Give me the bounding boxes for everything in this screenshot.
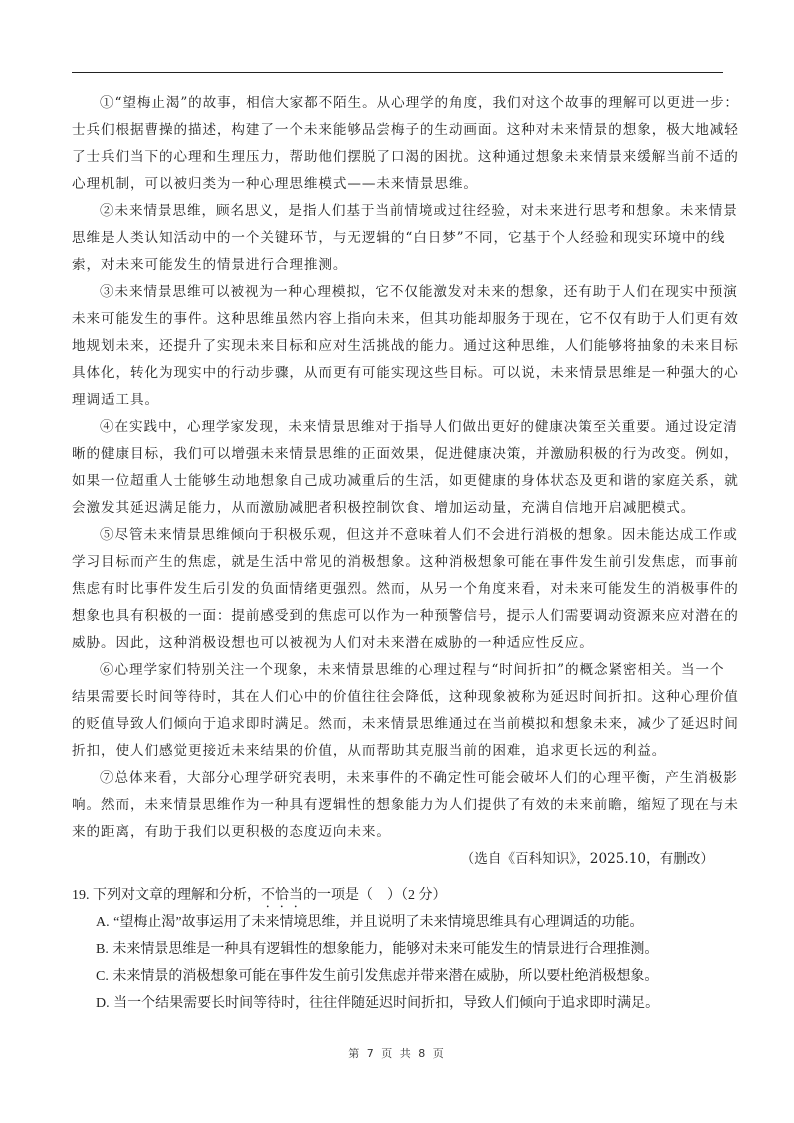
paragraph-line: 未来可能发生的事件。这种思维虽然内容上指向未来，但其功能却服务于现在，它不仅有助… <box>72 310 739 328</box>
option-letter: D. <box>96 996 110 1011</box>
option-letter: B. <box>96 942 109 957</box>
paragraph-line: 想象也具有积极的一面：提前感受到的焦虑可以作为一种预警信号，提示人们需要调动资源… <box>72 607 739 625</box>
option-letter: C. <box>96 969 109 984</box>
source-citation: （选自《百科知识》，2025.10，有删改） <box>461 850 714 868</box>
paragraph-line: ⑤尽管未来情景思维倾向于积极乐观，但这并不意味着人们不会进行消极的想象。因未能达… <box>100 526 738 544</box>
paragraph-line: 响。然而，未来情景思维作为一种具有逻辑性的想象能力为人们提供了有效的未来前瞻，缩… <box>72 796 739 814</box>
paragraph-line: 学习目标而产生的焦虑，就是生活中常见的消极想象。这种消极想象可能在事件发生前引发… <box>72 553 739 571</box>
paragraph-line: 索，对未来可能发生的情景进行合理推测。 <box>72 256 347 274</box>
option-c[interactable]: C. 未来情景的消极想象可能在事件发生前引发焦虑并带来潜在威胁，所以要杜绝消极想… <box>96 968 658 986</box>
paragraph-line: 具体化，转化为现实中的行动步骤，从而更有可能实现这些目标。可以说，未来情景思维是… <box>72 364 739 382</box>
option-text: 未来情景思维是一种具有逻辑性的想象能力，能够对未来可能发生的情景进行合理推测。 <box>112 942 658 957</box>
paragraph-line: 理调适工具。 <box>72 391 159 409</box>
question-emphasis: 不恰当 <box>261 888 303 903</box>
paragraph-line: 晰的健康目标，我们可以增强未来情景思维的正面效果，促进健康决策，并激励积极的行为… <box>72 445 739 463</box>
page-footer: 第 7 页 共 8 页 <box>0 1045 794 1061</box>
paragraph-line: 来的距离，有助于我们以更积极的态度迈向未来。 <box>72 823 391 841</box>
question-text-before: 下列对文章的理解和分析， <box>93 888 261 903</box>
option-text: 未来情景的消极想象可能在事件发生前引发焦虑并带来潜在威胁，所以要杜绝消极想象。 <box>112 969 658 984</box>
option-text: 当一个结果需要长时间等待时，往往伴随延迟时间折扣，导致人们倾向于追求即时满足。 <box>113 996 659 1011</box>
paragraph-line: 地规划未来，还提升了实现未来目标和应对生活挑战的能力。通过这种思维，人们能够将抽… <box>72 337 739 355</box>
paragraph-line: 结果需要长时间等待时，其在人们心中的价值往往会降低，这种现象被称为延迟时间折扣。… <box>72 688 739 706</box>
option-text: “望梅止渴”故事运用了未来情境思维，并且说明了未来情境思维具有心理调适的功能。 <box>113 915 643 930</box>
paragraph-line: 威胁。因此，这种消极设想也可以被视为人们对未来潜在威胁的一种适应性反应。 <box>72 634 594 652</box>
option-b[interactable]: B. 未来情景思维是一种具有逻辑性的想象能力，能够对未来可能发生的情景进行合理推… <box>96 941 658 959</box>
paragraph-line: ②未来情景思维，顾名思义，是指人们基于当前情境或过往经验，对未来进行思考和想象。… <box>100 202 738 220</box>
paragraph-line: 折扣，使人们感觉更接近未来结果的价值，从而帮助其克服当前的困难，追求更长远的利益… <box>72 742 666 760</box>
paragraph-line: 心理机制，可以被归类为一种心理思维模式——未来情景思维。 <box>72 175 478 193</box>
paragraph-line: 思维是人类认知活动中的一个关键环节，与无逻辑的“白日梦”不同，它基于个人经验和现… <box>72 229 725 247</box>
paragraph-line: 如果一位超重人士能够生动地想象自己成功减重后的生活，如更健康的身体状态及更和谐的… <box>72 472 739 490</box>
header-rule <box>72 72 723 73</box>
paragraph-line: ⑦总体来看，大部分心理学研究表明，未来事件的不确定性可能会破坏人们的心理平衡，产… <box>100 769 738 787</box>
paragraph-line: 会激发其延迟满足能力，从而激励减肥者积极控制饮食、增加运动量，充满自信地开启减肥… <box>72 499 695 517</box>
paragraph-line: 焦虑有时比事件发生后引发的负面情绪更强烈。然而，从另一个角度来看，对未来可能发生… <box>72 580 739 598</box>
paragraph-line: ③未来情景思维可以被视为一种心理模拟，它不仅能激发对未来的想象，还有助于人们在现… <box>100 283 738 301</box>
option-a[interactable]: A. “望梅止渴”故事运用了未来情境思维，并且说明了未来情境思维具有心理调适的功… <box>96 914 644 932</box>
paragraph-line: 士兵们根据曹操的描述，构建了一个未来能够品尝梅子的生动画面。这种对未来情景的想象… <box>72 121 739 139</box>
option-d[interactable]: D. 当一个结果需要长时间等待时，往往伴随延迟时间折扣，导致人们倾向于追求即时满… <box>96 995 659 1013</box>
question-text-after: 的一项是（ ）（2 分） <box>303 888 447 903</box>
paragraph-line: ④在实践中，心理学家发现，未来情景思维对于指导人们做出更好的健康决策至关重要。通… <box>100 418 738 436</box>
question-stem: 19. 下列对文章的理解和分析，不恰当的一项是（ ）（2 分） <box>72 887 447 911</box>
paragraph-line: 的贬值导致人们倾向于追求即时满足。然而，未来情景思维通过在当前模拟和想象未来，减… <box>72 715 739 733</box>
question-number: 19. <box>72 888 90 903</box>
paragraph-line: ⑥心理学家们特别关注一个现象，未来情景思维的心理过程与“时间折扣”的概念紧密相关… <box>100 661 724 679</box>
paragraph-line: 了士兵们当下的心理和生理压力，帮助他们摆脱了口渴的困扰。这种通过想象未来情景来缓… <box>72 148 739 166</box>
paragraph-line: ①“望梅止渴”的故事，相信大家都不陌生。从心理学的角度，我们对这个故事的理解可以… <box>100 94 739 112</box>
option-letter: A. <box>96 915 110 930</box>
